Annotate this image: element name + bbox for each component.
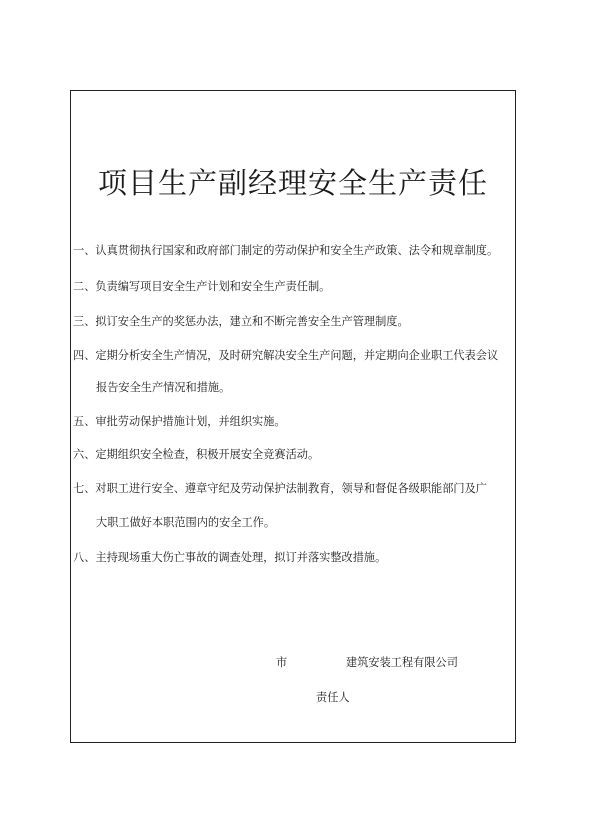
item-3: 三、拟订安全生产的奖惩办法，建立和不断完善安全生产管理制度。	[73, 313, 409, 329]
signature-company: 建筑安装工程有限公司	[346, 654, 458, 670]
item-8: 八、主持现场重大伤亡事故的调查处理，拟订并落实整改措施。	[73, 549, 386, 565]
signature-responsible-person: 责任人	[316, 689, 350, 705]
item-5: 五、审批劳动保护措施计划，并组织实施。	[73, 413, 286, 429]
item-6: 六、定期组织安全检查，积极开展安全竞赛活动。	[73, 446, 319, 462]
item-7-continuation: 大职工做好本职范围内的安全工作。	[96, 514, 275, 530]
item-2: 二、负责编写项目安全生产计划和安全生产责任制。	[73, 278, 330, 294]
item-1: 一、认真贯彻执行国家和政府部门制定的劳动保护和安全生产政策、法令和规章制度。	[73, 242, 498, 258]
item-7: 七、对职工进行安全、遵章守纪及劳动保护法制教育，领导和督促各级职能部门及广	[73, 480, 487, 496]
document-title: 项目生产副经理安全生产责任	[71, 161, 515, 202]
item-4-continuation: 报告安全生产情况和措施。	[96, 379, 230, 395]
signature-city: 市	[276, 654, 287, 670]
item-4: 四、定期分析安全生产情况，及时研究解决安全生产问题，并定期向企业职工代表会议	[73, 347, 498, 363]
document-frame: 项目生产副经理安全生产责任 一、认真贯彻执行国家和政府部门制定的劳动保护和安全生…	[70, 90, 516, 743]
